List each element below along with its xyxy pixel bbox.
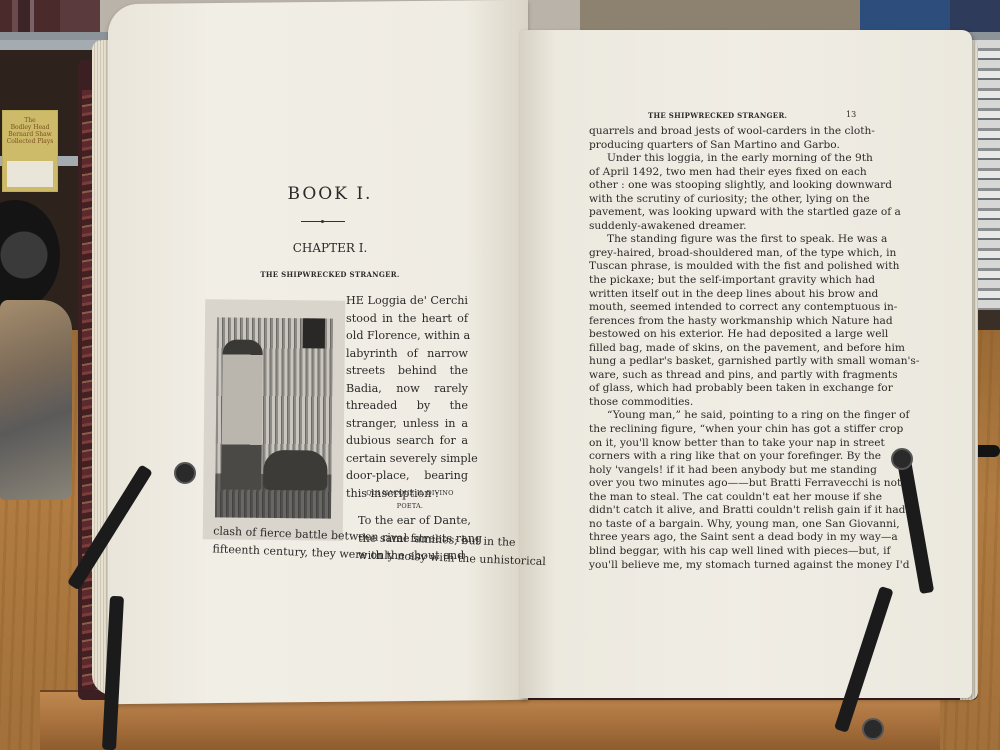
text-line: filled bag, made of skins, on the paveme…: [589, 342, 859, 356]
text-line: ware, such as thread and pins, and partl…: [589, 369, 859, 383]
geode-rock: [0, 300, 72, 500]
text-line: old Florence, within a: [346, 327, 468, 345]
text-line: certain severely simple: [346, 450, 468, 468]
text-line: threaded by the: [346, 397, 468, 415]
text-line: the reclining figure, “when your chin ha…: [589, 423, 859, 437]
opening-paragraph: HE Loggia de' Cerchi stood in the heart …: [346, 292, 468, 502]
text-line: pavement, was looking upward with the st…: [589, 206, 859, 220]
text-line: blind beggar, with his cap well lined wi…: [589, 545, 859, 559]
text-line: written itself out in the deep lines abo…: [589, 288, 859, 302]
text-line: quarrels and broad jests of wool-carders…: [589, 125, 859, 139]
standing-figure: [221, 339, 263, 489]
text-line: The standing figure was the first to spe…: [589, 233, 859, 247]
reclining-figure: [263, 450, 327, 491]
text-line: To the ear of Dante,: [358, 512, 464, 530]
text-line: hung a pedlar's basket, garnished partly…: [589, 355, 859, 369]
stand-arm-foot-right: [862, 718, 884, 740]
text-line: Badia, now rarely: [346, 380, 468, 398]
engraving-illustration: [203, 299, 346, 540]
text-line: of glass, which had probably been taken …: [589, 382, 859, 396]
text-line: labyrinth of narrow: [346, 345, 468, 363]
text-line: stranger, unless in a: [346, 415, 468, 433]
chapter-heading: CHAPTER I.: [230, 241, 430, 255]
stand-arm-cap-left: [174, 462, 196, 484]
running-head: THE SHIPWRECKED STRANGER.: [648, 111, 787, 120]
text-line: dubious search for a: [346, 432, 468, 450]
text-line: bestowed on his exterior. He had deposit…: [589, 328, 859, 342]
text-line: didn't catch it alive, and Bratti couldn…: [589, 504, 859, 518]
text-line: door-place, bearing: [346, 467, 468, 485]
chapter-title: THE SHIPWRECKED STRANGER.: [220, 270, 440, 279]
text-line: “Young man,” he said, pointing to a ring…: [589, 409, 859, 423]
text-line: Tuscan phrase, is moulded with the fist …: [589, 260, 859, 274]
text-line: streets behind the: [346, 362, 468, 380]
text-line: ferences from the hasty workmanship whic…: [589, 315, 859, 329]
text-line: three years ago, the Saint sent a dead b…: [589, 531, 859, 545]
page-number: 13: [846, 110, 856, 119]
text-line: HE Loggia de' Cerchi: [346, 292, 468, 310]
ornament-rule: [301, 221, 345, 222]
book-cover-text: Bernard Shaw: [3, 131, 57, 138]
shelf-plank: [0, 40, 100, 50]
book-cover-text: Bodley Head: [3, 124, 57, 131]
text-line: holy 'vangels! if it had been anybody bu…: [589, 464, 859, 478]
text-line: no taste of a bargain. Why, young man, o…: [589, 518, 859, 532]
inscription: QUI NACQUE IL DIVINO POETA.: [350, 487, 470, 513]
text-line: you'll believe me, my stomach turned aga…: [589, 559, 859, 573]
book-cover-text: The: [3, 117, 57, 124]
text-line: suddenly-awakened dreamer.: [589, 220, 859, 234]
book-heading: BOOK I.: [230, 184, 430, 204]
photo-scene: The Bodley Head Bernard Shaw Collected P…: [0, 0, 1000, 750]
text-line: grey-haired, broad-shouldered man, of th…: [589, 247, 859, 261]
book-cover-label: [7, 161, 53, 187]
text-line: Under this loggia, in the early morning …: [589, 152, 859, 166]
inscription-line: QUI NACQUE IL DIVINO: [350, 487, 470, 500]
text-line: on it, you'll know better than to take y…: [589, 437, 859, 451]
text-line: stood in the heart of: [346, 310, 468, 328]
text-line: other : one was stooping slightly, and l…: [589, 179, 859, 193]
text-line: with the scrutiny of curiosity; the othe…: [589, 193, 859, 207]
text-line: of April 1492, two men had their eyes fi…: [589, 166, 859, 180]
text-line: those commodities.: [589, 396, 859, 410]
hanging-banner: [303, 318, 325, 348]
text-line: corners with a ring like that on your fo…: [589, 450, 859, 464]
text-line: the man to steal. The cat couldn't eat h…: [589, 491, 859, 505]
right-page-body: quarrels and broad jests of wool-carders…: [589, 125, 859, 572]
stand-arm-cap-right: [891, 448, 913, 470]
text-line: mouth, seemed intended to correct any co…: [589, 301, 859, 315]
text-line: the pickaxe; but the self-important grav…: [589, 274, 859, 288]
background-book-cover: The Bodley Head Bernard Shaw Collected P…: [2, 110, 58, 192]
text-line: over you two minutes ago——but Bratti Fer…: [589, 477, 859, 491]
text-line: producing quarters of San Martino and Ga…: [589, 139, 859, 153]
book-cover-text: Collected Plays: [3, 138, 57, 145]
